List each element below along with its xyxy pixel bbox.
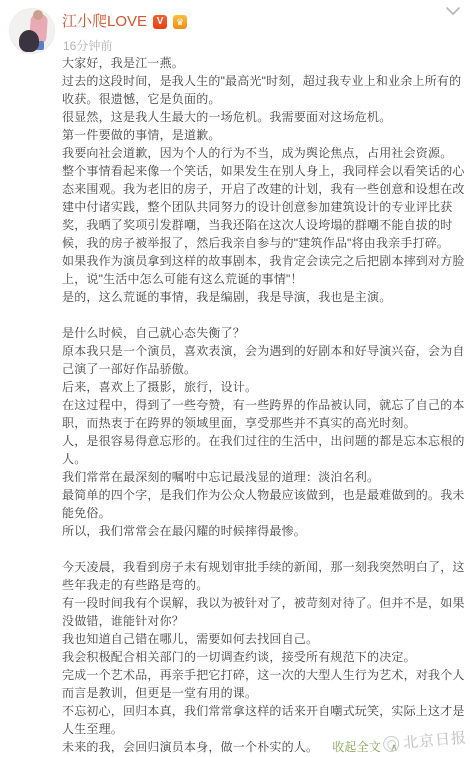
post-text-line: 是的，这么荒诞的事情，我是编剧，我是导演，我也是主演。: [62, 288, 462, 306]
post-text-line: 职，而热衷于在跨界的领域里面，享受那些并不真实的高光时刻。: [62, 414, 462, 432]
post-text-line: 最简单的四个字，是我们作为公众人物最应该做到，也是最难做到的。我未: [62, 486, 462, 504]
username[interactable]: 江小爬LOVE: [62, 13, 147, 31]
post-text-line: 而言是教训，但更是一堂有用的课。: [62, 684, 462, 702]
avatar-photo: [19, 30, 39, 52]
verified-v-icon: V: [153, 15, 167, 29]
post-text-line: 后来，喜欢上了摄影，旅行，设计。: [62, 378, 462, 396]
post-text-line: 所以，我们常常会在最闪耀的时候摔得最惨。: [62, 522, 462, 540]
user-row: 江小爬LOVE V ♛: [62, 13, 187, 31]
post-text-line: 建中付诸实践，整个团队共同努力的设计创意参加建筑设计的专业评比获: [62, 198, 462, 216]
post-body: 大家好，我是江一燕。过去的这段时间，是我人生的"最高光"时刻，超过我专业上和业余…: [62, 54, 462, 756]
post-text-line: 己演了一部好作品骄傲。: [62, 360, 462, 378]
post-text-line: 很显然，这是我人生最大的一场危机。我需要面对这场危机。: [62, 108, 462, 126]
post-text-line: [62, 540, 462, 558]
post-text-line: 人。: [62, 450, 462, 468]
post-text-line: 今天凌晨，我看到房子未有规划审批手续的新闻，那一刻我突然明白了，这: [62, 558, 462, 576]
post-text-line: 能免俗。: [62, 504, 462, 522]
avatar[interactable]: [9, 8, 55, 54]
post-text-line: 在这过程中，得到了一些夸赞，有一些跨界的作品被认同，就忘了自己的本: [62, 396, 462, 414]
post-text-line: 如果我作为演员拿到这样的故事剧本，我肯定会读完之后把剧本摔到对方脸: [62, 252, 462, 270]
post-text-line: 我们常常在最深刻的嘱咐中忘记最浅显的道理：淡泊名利。: [62, 468, 462, 486]
avatar-photo: [33, 10, 43, 20]
post-text-line: [62, 306, 462, 324]
post-text-line: 候，我的房子被举报了，然后我亲自参与的"建筑作品"将由我亲手打碎。: [62, 234, 462, 252]
post-text-line: 我要向社会道歉，因为个人的行为不当，成为舆论焦点，占用社会资源。: [62, 144, 462, 162]
post-text-line: 有一段时间我有个误解，我以为被针对了，被苛刻对待了。但并不是，如果: [62, 594, 462, 612]
post-text-line: 大家好，我是江一燕。: [62, 54, 462, 72]
chevron-down-icon[interactable]: [444, 4, 462, 18]
post-text-line: 收获。很遗憾，它是负面的。: [62, 90, 462, 108]
post-text-line: 第一件要做的事情，是道歉。: [62, 126, 462, 144]
post-text-line: 我也知道自己错在哪儿，需要如何去找回自己。: [62, 630, 462, 648]
post-text-line: 人，是很容易得意忘形的。在我们过往的生活中，出问题的都是忘本忘根的: [62, 432, 462, 450]
post-text-line: 是什么时候，自己就心态失衡了？: [62, 324, 462, 342]
post-text-line: 些年我走的有些路是弯的。: [62, 576, 462, 594]
post-text-line: 过去的这段时间，是我人生的"最高光"时刻，超过我专业上和业余上所有的: [62, 72, 462, 90]
vip-crown-icon: ♛: [173, 15, 187, 29]
post-text-line: 我会积极配合相关部门的一切调查约谈，接受所有规范下的决定。: [62, 648, 462, 666]
post-text: 未来的我，会回归演员本身，做一个朴实的人。: [62, 740, 318, 754]
post-text-line: 原本我只是一个演员，喜欢表演，会为遇到的好剧本和好导演兴奋，会为自: [62, 342, 462, 360]
post-text-line: 奖，我晒了奖项引发群嘲，当我还陷在这次人设垮塌的群嘲不能自拔的时: [62, 216, 462, 234]
post-text-line: 上，说"生活中怎么可能有这么荒诞的事情"！: [62, 270, 462, 288]
post-text-line: 完成一个艺术品，再亲手把它打碎，这一次的大型人生行为艺术，对我个人: [62, 666, 462, 684]
post-text-line: 没做错，谁能针对你？: [62, 612, 462, 630]
post-text-line: 不忘初心，回归本真，我们常常拿这样的话来开自嘲式玩笑，实际上这才是: [62, 702, 462, 720]
timestamp: 16分钟前: [63, 37, 112, 54]
post-text-line: 态来围观。我为老旧的房子，开启了改建的计划，我有一些创意和设想在改: [62, 180, 462, 198]
beijing-daily-logo-icon: [382, 735, 399, 752]
collapse-full-text-link[interactable]: 收起全文: [332, 740, 381, 754]
post-text-line: 整个事情看起来像一个笑话，如果发生在别人身上，我同样会以看笑话的心: [62, 162, 462, 180]
